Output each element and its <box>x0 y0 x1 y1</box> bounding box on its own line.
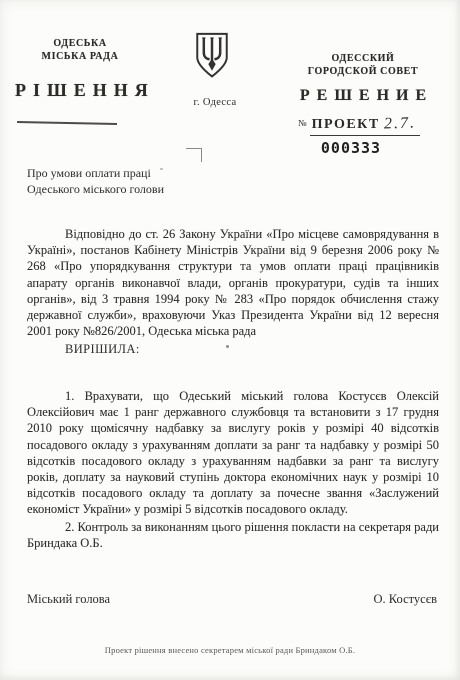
doc-type-ukrainian: РІШЕННЯ <box>8 80 154 101</box>
city-label: г. Одесса <box>178 97 252 108</box>
registration-stamp-number: 000333 <box>296 139 406 157</box>
subject-block: Про умови оплати праці Одеського міськог… <box>27 165 277 197</box>
scanned-decision-document: ОДЕСЬКА МІСЬКА РАДА РІШЕННЯ г. Одесса ОД… <box>0 0 460 680</box>
resolution-item-2: 2. Контроль за виконанням цього рішення … <box>27 519 439 551</box>
number-word: ПРОЕКТ <box>312 117 380 132</box>
signature-title: Міський голова <box>27 592 110 607</box>
subject-line1: Про умови оплати праці <box>27 165 277 181</box>
resolution-word: ВИРІШИЛА: <box>65 342 140 357</box>
resolution-item-1: 1. Врахувати, що Одеський міський голова… <box>27 388 439 518</box>
signature-name: О. Костусєв <box>240 592 437 607</box>
scan-speck <box>226 345 229 348</box>
issuer-line1-ru: ОДЕССКИЙ <box>283 52 443 65</box>
issuer-line1: ОДЕСЬКА <box>15 37 145 50</box>
horizontal-rule <box>17 121 117 125</box>
handwritten-number: 2.7. <box>383 114 416 133</box>
ukraine-trident-emblem-icon <box>194 30 230 82</box>
doc-type-russian: РЕШЕНИЕ <box>283 87 443 105</box>
issuer-line2: МІСЬКА РАДА <box>15 50 145 63</box>
scan-corner-mark <box>186 148 202 162</box>
subject-line2: Одеського міського голови <box>27 181 277 197</box>
issuer-name-ukrainian: ОДЕСЬКА МІСЬКА РАДА <box>15 37 145 63</box>
document-number-row: №ПРОЕКТ2.7. <box>298 115 456 136</box>
number-sign: № <box>298 118 307 128</box>
issuer-line2-ru: ГОРОДСКОЙ СОВЕТ <box>283 65 443 78</box>
number-underline: ПРОЕКТ2.7. <box>310 115 420 136</box>
footer-note: Проект рішення внесено секретарем місько… <box>0 645 460 655</box>
issuer-name-russian: ОДЕССКИЙ ГОРОДСКОЙ СОВЕТ <box>283 52 443 78</box>
preamble-paragraph: Відповідно до ст. 26 Закону України «Про… <box>27 226 439 339</box>
